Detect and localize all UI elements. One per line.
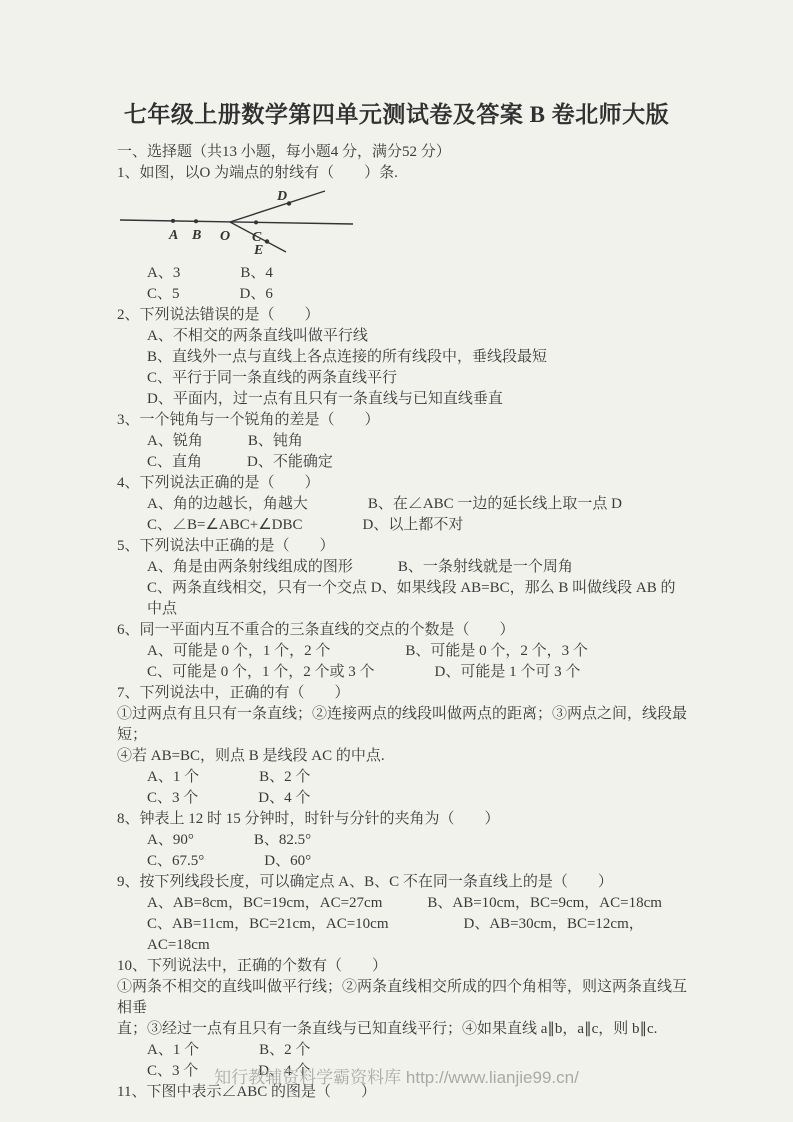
text-line: C、AB=11cm，BC=21cm，AC=10cm D、AB=30cm，BC=1… xyxy=(117,914,687,956)
point-A xyxy=(171,219,175,223)
text-line: D、平面内，过一点有且只有一条直线与已知直线垂直 xyxy=(117,389,687,410)
text-line: C、67.5° D、60° xyxy=(117,851,687,872)
text-line: ①两条不相交的直线叫做平行线；②两条直线相交所成的四个角相等，则这两条直线互相垂 xyxy=(117,977,687,1019)
text-line: 6、同一平面内互不重合的三条直线的交点的个数是（ ） xyxy=(117,620,687,641)
text-line: 10、下列说法中，正确的个数有（ ） xyxy=(117,956,687,977)
text-line: 1、如图，以O 为端点的射线有（ ）条. xyxy=(117,163,687,184)
text-line: A、1 个 B、2 个 xyxy=(117,1040,687,1061)
text-line: 7、下列说法中，正确的有（ ） xyxy=(117,683,687,704)
text-line: A、3 B、4 xyxy=(117,263,687,284)
text-line: A、锐角 B、钝角 xyxy=(117,431,687,452)
text-line: C、平行于同一条直线的两条直线平行 xyxy=(117,368,687,389)
page-title: 七年级上册数学第四单元测试卷及答案 B 卷北师大版 xyxy=(0,96,793,129)
text-line: A、角的边越长，角越大 B、在∠ABC 一边的延长线上取一点 D xyxy=(117,494,687,515)
text-line: C、可能是 0 个，1 个，2 个或 3 个 D、可能是 1 个可 3 个 xyxy=(117,662,687,683)
text-line: ①过两点有且只有一条直线；②连接两点的线段叫做两点的距离；③两点之间，线段最短； xyxy=(117,704,687,746)
text-line: A、90° B、82.5° xyxy=(117,830,687,851)
text-line: 5、下列说法中正确的是（ ） xyxy=(117,536,687,557)
text-line: 3、一个钝角与一个锐角的差是（ ） xyxy=(117,410,687,431)
text-line: C、3 个 D、4 个 xyxy=(117,788,687,809)
point-on-ray-OD xyxy=(287,201,291,205)
label-O: O xyxy=(220,229,230,244)
text-line: C、直角 D、不能确定 xyxy=(117,452,687,473)
rays-from-point-O-diagram: A B O C D E xyxy=(117,184,357,263)
point-C xyxy=(254,220,258,224)
text-line: C、∠B=∠ABC+∠DBC D、以上都不对 xyxy=(117,515,687,536)
text-line: ④若 AB=BC，则点 B 是线段 AC 的中点. xyxy=(117,746,687,767)
label-E: E xyxy=(253,243,263,258)
text-line: C、5 D、6 xyxy=(117,284,687,305)
label-D: D xyxy=(276,189,287,204)
text-line: A、角是由两条射线组成的图形 B、一条射线就是一个周角 xyxy=(117,557,687,578)
text-line: A、不相交的两条直线叫做平行线 xyxy=(117,326,687,347)
text-line: B、直线外一点与直线上各点连接的所有线段中，垂线段最短 xyxy=(117,347,687,368)
document-page: 七年级上册数学第四单元测试卷及答案 B 卷北师大版 一、选择题（共13 小题，每… xyxy=(0,0,793,1122)
lines-after-figure: A、3 B、4C、5 D、62、下列说法错误的是（ ）A、不相交的两条直线叫做平… xyxy=(117,263,687,1103)
document-body: 一、选择题（共13 小题，每小题4 分，满分52 分）1、如图，以O 为端点的射… xyxy=(117,142,687,1103)
label-A: A xyxy=(168,228,178,243)
text-line: A、AB=8cm，BC=19cm，AC=27cm B、AB=10cm，BC=9c… xyxy=(117,893,687,914)
geometry-figure: A B O C D E xyxy=(117,184,357,263)
text-line: 直；③经过一点有且只有一条直线与已知直线平行；④如果直线 a∥b，a∥c，则 b… xyxy=(117,1019,687,1040)
text-line: A、可能是 0 个，1 个，2 个 B、可能是 0 个，2 个，3 个 xyxy=(117,641,687,662)
text-line: C、两条直线相交，只有一个交点 D、如果线段 AB=BC，那么 B 叫做线段 A… xyxy=(117,578,687,620)
page-footer: 知行教辅资料学霸资料库 http://www.lianjie99.cn/ xyxy=(0,1063,793,1088)
text-line: 9、按下列线段长度，可以确定点 A、B、C 不在同一条直线上的是（ ） xyxy=(117,872,687,893)
text-line: 2、下列说法错误的是（ ） xyxy=(117,305,687,326)
text-line: 一、选择题（共13 小题，每小题4 分，满分52 分） xyxy=(117,142,687,163)
text-line: 8、钟表上 12 时 15 分钟时，时针与分针的夹角为（ ） xyxy=(117,809,687,830)
label-B: B xyxy=(191,228,201,243)
lines-before-figure: 一、选择题（共13 小题，每小题4 分，满分52 分）1、如图，以O 为端点的射… xyxy=(117,142,687,184)
text-line: A、1 个 B、2 个 xyxy=(117,767,687,788)
point-on-ray-OE xyxy=(265,239,269,243)
point-B xyxy=(194,219,198,223)
text-line: 4、下列说法正确的是（ ） xyxy=(117,473,687,494)
